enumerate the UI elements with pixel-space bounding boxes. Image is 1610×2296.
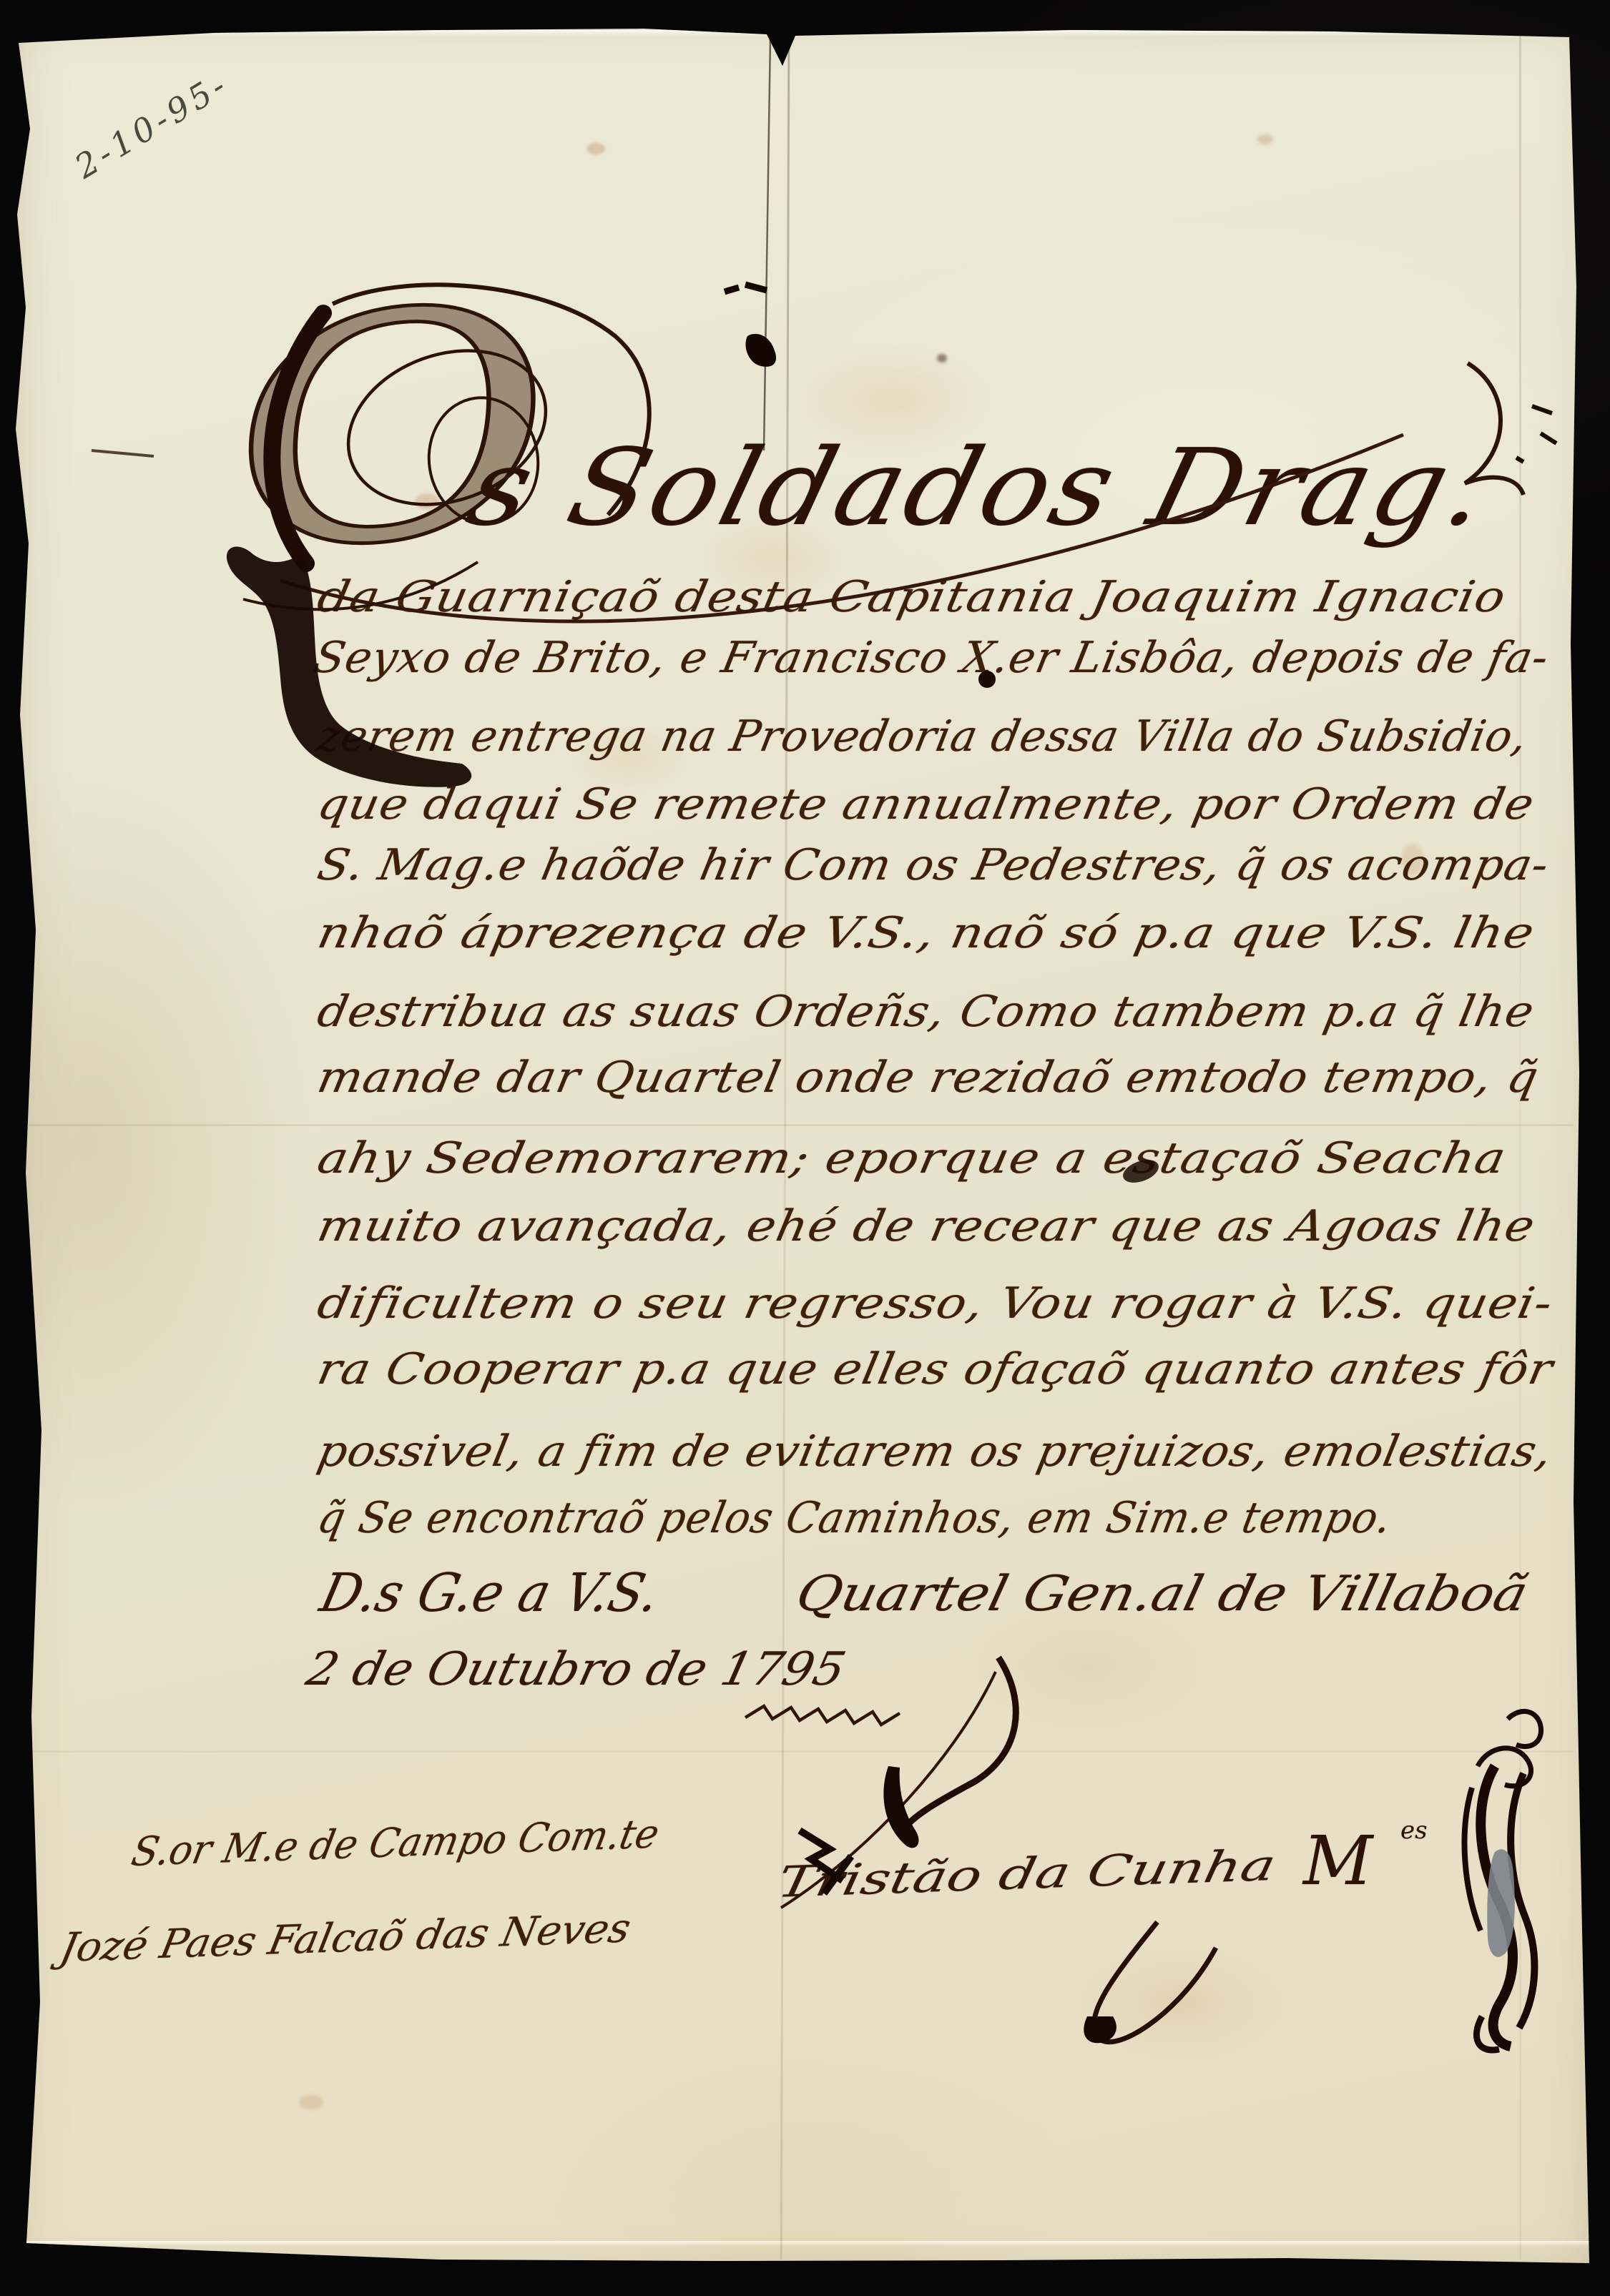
fold-crease-horizontal — [29, 1750, 1574, 1753]
signature-name: Tristão da Cunha — [773, 1841, 1280, 1908]
torn-edge-highlight-bottom — [26, 2241, 1589, 2247]
fold-crease-horizontal — [29, 1124, 1574, 1126]
addressee-name: Jozé Paes Falcaõ das Neves — [57, 1905, 634, 1971]
date-line: 2 de Outubro de 1795 — [301, 1643, 850, 1696]
signature-superscript: es — [1400, 1816, 1428, 1845]
manuscript-line: que daqui Se remete annualmente, por Ord… — [313, 779, 1538, 829]
addressee-title: S.or M.e de Campo Com.te — [128, 1811, 663, 1876]
ink-speck — [937, 354, 947, 363]
archival-date-note: 2-10-95- — [68, 64, 235, 186]
foxing-spot — [586, 143, 605, 154]
manuscript-line: destribua as suas Ordeñs, Como tambem p.… — [313, 987, 1538, 1037]
manuscript-line: muito avançada, ehé de recear que as Ago… — [313, 1201, 1539, 1251]
manuscript-line: S. Mag.e haõde hir Com os Pedestres, q̃ … — [313, 840, 1553, 890]
torn-edge-highlight-top — [19, 30, 1571, 36]
letter-page: 2-10-95- O s Soldados Drag. da Guarniçaõ… — [0, 0, 1610, 2296]
foxing-spot — [299, 2095, 323, 2109]
manuscript-line: Seyxo de Brito, e Francisco X.er Lisbôa,… — [310, 633, 1553, 683]
manuscript-line: q̃ Se encontraõ pelos Caminhos, em Sim.e… — [313, 1493, 1396, 1543]
manuscript-line: dificultem o seu regresso, Vou rogar à V… — [313, 1278, 1557, 1329]
signature-initial: M — [1303, 1822, 1373, 1901]
manuscript-line: ahy Sedemorarem; eporque a estaçaõ Seach… — [313, 1133, 1511, 1183]
manuscript-line: possivel, a fim de evitarem os prejuizos… — [313, 1427, 1556, 1477]
manuscript-line: mande dar Quartel onde rezidaõ emtodo te… — [313, 1053, 1543, 1103]
place-line: Quartel Gen.al de Villaboã — [791, 1566, 1533, 1622]
manuscript-line: nhaõ áprezença de V.S., naõ só p.a que V… — [313, 908, 1538, 958]
manuscript-line: da Guarniçaõ desta Capitania Joaquim Ign… — [313, 572, 1510, 622]
scan-background: 2-10-95- O s Soldados Drag. da Guarniçaõ… — [0, 0, 1610, 2296]
page-title: s Soldados Drag. — [457, 426, 1503, 549]
valediction: D.s G.e a V.S. — [315, 1562, 665, 1624]
foxing-spot — [1257, 134, 1273, 144]
manuscript-line: zerem entrega na Provedoria dessa Villa … — [313, 711, 1532, 762]
manuscript-line: ra Cooperar p.a que elles ofaçaõ quanto … — [313, 1344, 1557, 1394]
fold-crease-right — [1519, 36, 1521, 2260]
